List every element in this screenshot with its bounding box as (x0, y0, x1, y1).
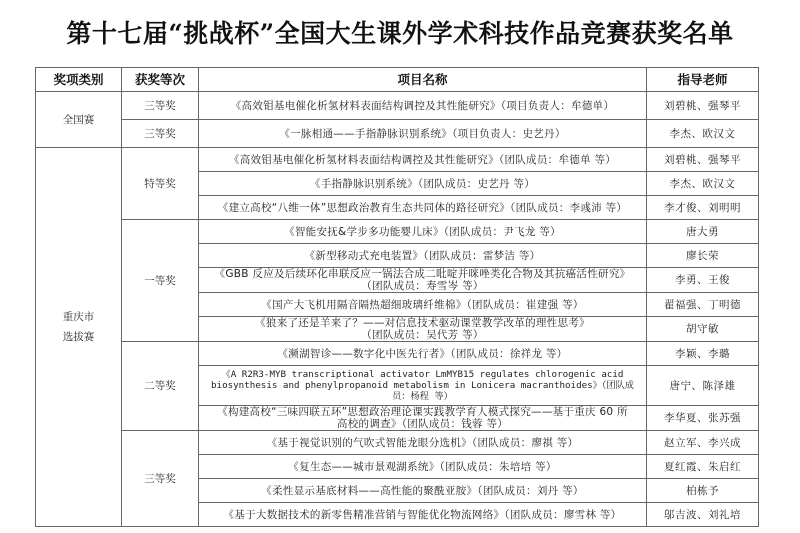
table-row: 全国赛 三等奖 《高效钼基电催化析氢材料表面结构调控及其性能研究》（项目负责人：… (36, 92, 759, 120)
project-cell: 《濒湖智诊——数字化中医先行者》（团队成员：徐祥龙 等） (199, 342, 647, 366)
level-cell: 一等奖 (122, 220, 199, 342)
teacher-cell: 邬吉波、刘礼培 (647, 503, 759, 527)
project-cell: 《一脉相通——手指静脉识别系统》（项目负责人：史艺丹） (199, 120, 647, 148)
header-level: 获奖等次 (122, 68, 199, 92)
project-cell: 《高效钼基电催化析氢材料表面结构调控及其性能研究》（团队成员：牟德单 等） (199, 148, 647, 172)
teacher-cell: 翟福强、丁明德 (647, 293, 759, 317)
project-cell: 《新型移动式充电装置》（团队成员：雷梦洁 等） (199, 244, 647, 268)
page-title: 第十七届“挑战杯”全国大生课外学术科技作品竞赛获奖名单 (0, 14, 800, 50)
project-cell: 《柔性显示基底材料——高性能的聚酰亚胺》（团队成员：刘丹 等） (199, 479, 647, 503)
project-cell: 《GBB 反应及后续环化串联反应一锅法合成二吡啶并咪唑类化合物及其抗癌活性研究》… (199, 268, 647, 293)
level-cell: 三等奖 (122, 431, 199, 527)
table-header-row: 奖项类别 获奖等次 项目名称 指导老师 (36, 68, 759, 92)
project-line: 《狼来了还是羊来了？——对信息技术驱动课堂教学改革的理性思考》 (202, 317, 643, 329)
project-line: （团队成员：寿雪岑 等） (202, 280, 643, 292)
project-cell: 《基于大数据技术的新零售精准营销与智能优化物流网络》（团队成员：廖雪林 等） (199, 503, 647, 527)
teacher-cell: 柏栋予 (647, 479, 759, 503)
teacher-cell: 唐大勇 (647, 220, 759, 244)
teacher-cell: 胡守敏 (647, 317, 759, 342)
header-category: 奖项类别 (36, 68, 122, 92)
project-cell: 《A R2R3-MYB transcriptional activator Lm… (199, 366, 647, 406)
level-cell: 三等奖 (122, 92, 199, 120)
project-cell: 《复生态——城市景观湖系统》（团队成员：朱培培 等） (199, 455, 647, 479)
category-line: 选拔赛 (39, 331, 118, 343)
teacher-cell: 刘碧桃、强琴平 (647, 92, 759, 120)
teacher-cell: 李华夏、张苏强 (647, 406, 759, 431)
table-row: 重庆市 选拔赛 特等奖 《高效钼基电催化析氢材料表面结构调控及其性能研究》（团队… (36, 148, 759, 172)
table-row: 三等奖 《一脉相通——手指静脉识别系统》（项目负责人：史艺丹） 李杰、欧汉文 (36, 120, 759, 148)
teacher-cell: 李颖、李璐 (647, 342, 759, 366)
header-teacher: 指导老师 (647, 68, 759, 92)
project-cell: 《狼来了还是羊来了？——对信息技术驱动课堂教学改革的理性思考》 （团队成员：吴代… (199, 317, 647, 342)
category-cell: 全国赛 (36, 92, 122, 148)
project-cell: 《基于视觉识别的气吹式智能龙眼分选机》（团队成员：廖祺 等） (199, 431, 647, 455)
table-row: 一等奖 《智能安抚&学步多功能婴儿床》（团队成员：尹飞龙 等） 唐大勇 (36, 220, 759, 244)
project-cell: 《高效钼基电催化析氢材料表面结构调控及其性能研究》（项目负责人：牟德单） (199, 92, 647, 120)
project-line: 《构建高校“三味四联五环”思想政治理论课实践教学育人模式探究——基于重庆 60 … (202, 406, 643, 418)
level-cell: 二等奖 (122, 342, 199, 431)
project-line: （团队成员：吴代芳 等） (202, 329, 643, 341)
level-cell: 三等奖 (122, 120, 199, 148)
teacher-cell: 李杰、欧汉文 (647, 120, 759, 148)
teacher-cell: 夏红霞、朱启红 (647, 455, 759, 479)
teacher-cell: 廖长荣 (647, 244, 759, 268)
level-cell: 特等奖 (122, 148, 199, 220)
teacher-cell: 唐宁、陈泽雄 (647, 366, 759, 406)
header-project: 项目名称 (199, 68, 647, 92)
project-cell: 《构建高校“三味四联五环”思想政治理论课实践教学育人模式探究——基于重庆 60 … (199, 406, 647, 431)
project-line: 《GBB 反应及后续环化串联反应一锅法合成二吡啶并咪唑类化合物及其抗癌活性研究》 (202, 268, 643, 280)
teacher-cell: 李才俊、刘明明 (647, 196, 759, 220)
project-cell: 《国产大飞机用隔音隔热超细玻璃纤维棉》（团队成员：崔建强 等） (199, 293, 647, 317)
project-cell: 《建立高校“八维一体”思想政治教育生态共同体的路径研究》（团队成员：李彧沛 等） (199, 196, 647, 220)
category-cell: 重庆市 选拔赛 (36, 148, 122, 527)
table-row: 二等奖 《濒湖智诊——数字化中医先行者》（团队成员：徐祥龙 等） 李颖、李璐 (36, 342, 759, 366)
table-row: 三等奖 《基于视觉识别的气吹式智能龙眼分选机》（团队成员：廖祺 等） 赵立军、李… (36, 431, 759, 455)
category-line: 重庆市 (39, 311, 118, 323)
teacher-cell: 赵立军、李兴成 (647, 431, 759, 455)
awards-table: 奖项类别 获奖等次 项目名称 指导老师 全国赛 三等奖 《高效钼基电催化析氢材料… (35, 67, 759, 527)
project-cell: 《智能安抚&学步多功能婴儿床》（团队成员：尹飞龙 等） (199, 220, 647, 244)
teacher-cell: 李勇、王俊 (647, 268, 759, 293)
project-line: 高校的调查》（团队成员：钱蓉 等） (202, 418, 643, 430)
project-cell: 《手指静脉识别系统》（团队成员：史艺丹 等） (199, 172, 647, 196)
teacher-cell: 李杰、欧汉文 (647, 172, 759, 196)
teacher-cell: 刘碧桃、强琴平 (647, 148, 759, 172)
